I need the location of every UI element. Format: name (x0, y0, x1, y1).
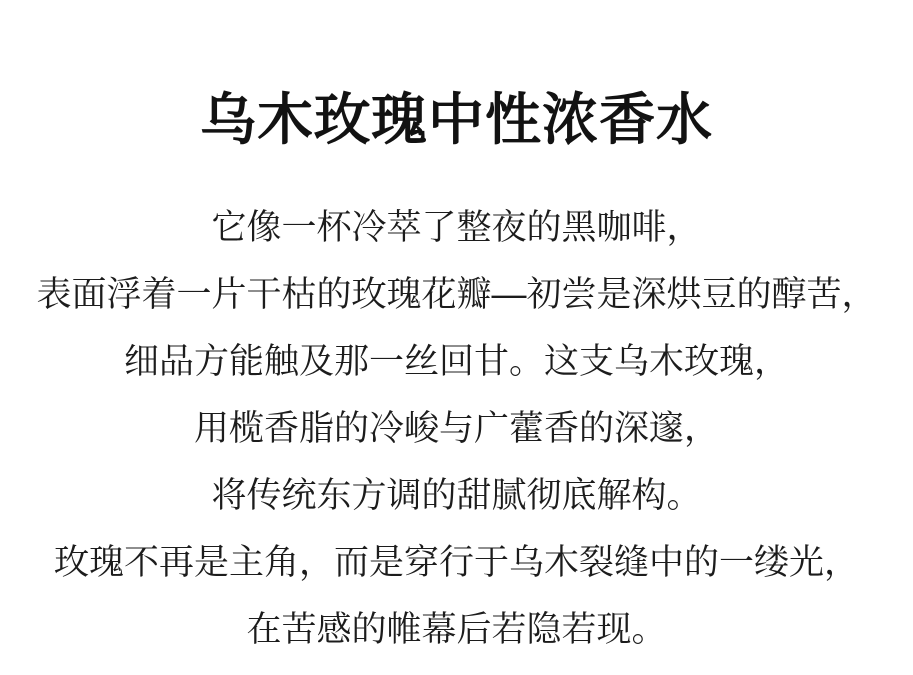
description-line-5: 将传统东方调的甜腻彻底解构。 (0, 462, 913, 529)
description-line-3: 细品方能触及那一丝回甘。这支乌木玫瑰， (0, 328, 913, 395)
product-description-page: 乌木玫瑰中性浓香水 它像一杯冷萃了整夜的黑咖啡， 表面浮着一片干枯的玫瑰花瓣—初… (0, 0, 913, 675)
description-line-1: 它像一杯冷萃了整夜的黑咖啡， (0, 194, 913, 261)
description-line-4: 用榄香脂的冷峻与广藿香的深邃， (0, 395, 913, 462)
page-title: 乌木玫瑰中性浓香水 (0, 92, 913, 148)
description-line-7: 在苦感的帷幕后若隐若现。 (0, 596, 913, 663)
description-line-2: 表面浮着一片干枯的玫瑰花瓣—初尝是深烘豆的醇苦， (0, 261, 913, 328)
description-body: 它像一杯冷萃了整夜的黑咖啡， 表面浮着一片干枯的玫瑰花瓣—初尝是深烘豆的醇苦， … (0, 194, 913, 663)
description-line-6: 玫瑰不再是主角，而是穿行于乌木裂缝中的一缕光， (0, 529, 913, 596)
